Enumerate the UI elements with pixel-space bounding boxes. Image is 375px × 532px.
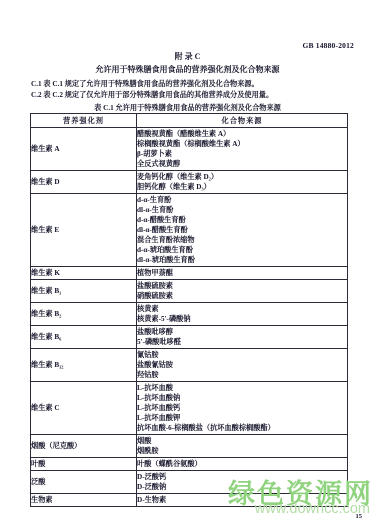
compound-line: 烟酸 bbox=[137, 436, 347, 446]
compound-line: 麦角钙化醇（维生素 D₂） bbox=[137, 172, 347, 182]
table-row: 维生素 K植物甲萘醌 bbox=[31, 267, 348, 280]
compound-line: 植物甲萘醌 bbox=[137, 268, 347, 278]
clause-c2: C.2 表 C.2 规定了仅允许用于部分特殊膳食用食品的其他营养成分及使用量。 bbox=[31, 90, 353, 101]
nutrient-cell: 维生素 B₁₂ bbox=[31, 349, 137, 382]
compound-line: 核黄素 bbox=[137, 304, 347, 314]
nutrient-cell: 维生素 B₂ bbox=[31, 303, 137, 326]
compounds-cell: 氰钴胺盐酸氰钴胺羟钴胺 bbox=[137, 349, 348, 382]
fortifier-table: 营养强化剂 化合物来源 维生素 A醋酸视黄酯（醋酸维生素 A）棕榈酸视黄酯（棕榈… bbox=[30, 113, 348, 507]
table-row: 维生素 B₁盐酸硫胺素硝酸硫胺素 bbox=[31, 280, 348, 303]
clause-paragraphs: C.1 表 C.1 规定了允许用于特殊膳食用食品的营养强化剂及化合物来源。 C.… bbox=[31, 79, 353, 101]
table-row: 维生素 A醋酸视黄酯（醋酸维生素 A）棕榈酸视黄酯（棕榈酸维生素 A）β-胡萝卜… bbox=[31, 128, 348, 171]
compound-line: dl-α-琥珀酸生育酚 bbox=[137, 255, 347, 265]
compound-line: 盐酸氰钴胺 bbox=[137, 360, 347, 370]
table-row: 叶酸叶酸（蝶酰谷氨酸） bbox=[31, 458, 348, 471]
compounds-cell: 醋酸视黄酯（醋酸维生素 A）棕榈酸视黄酯（棕榈酸维生素 A）β-胡萝卜素全反式视… bbox=[137, 128, 348, 171]
compound-line: 烟酰胺 bbox=[137, 446, 347, 456]
nutrient-cell: 维生素 C bbox=[31, 382, 137, 435]
clause-c1: C.1 表 C.1 规定了允许用于特殊膳食用食品的营养强化剂及化合物来源。 bbox=[31, 79, 353, 90]
compound-line: dl-α-生育酚 bbox=[137, 205, 347, 215]
nutrient-cell: 烟酸（尼克酸） bbox=[31, 435, 137, 458]
compound-line: 硝酸硫胺素 bbox=[137, 291, 347, 301]
nutrient-cell: 维生素 E bbox=[31, 194, 137, 267]
nutrient-cell: 维生素 B₁ bbox=[31, 280, 137, 303]
table-row: 维生素 D麦角钙化醇（维生素 D₂）胆钙化醇（维生素 D₃） bbox=[31, 171, 348, 194]
nutrient-cell: 维生素 K bbox=[31, 267, 137, 280]
compound-line: 棕榈酸视黄酯（棕榈酸维生素 A） bbox=[137, 139, 347, 149]
compounds-cell: 叶酸（蝶酰谷氨酸） bbox=[137, 458, 348, 471]
page-number: 15 bbox=[356, 513, 363, 520]
column-header-nutrient: 营养强化剂 bbox=[31, 114, 137, 128]
compounds-cell: 盐酸吡哆醇5'-磷酸吡哆醛 bbox=[137, 326, 348, 349]
compound-line: L-抗坏血酸 bbox=[137, 383, 347, 393]
compounds-cell: 烟酸烟酰胺 bbox=[137, 435, 348, 458]
compound-line: 核黄素-5'-磷酸钠 bbox=[137, 314, 347, 324]
compound-line: 羟钴胺 bbox=[137, 370, 347, 380]
compound-line: d-α-醋酸生育酚 bbox=[137, 215, 347, 225]
compound-line: L-抗坏血酸钙 bbox=[137, 403, 347, 413]
appendix-title: 允许用于特殊膳食用食品的营养强化剂及化合物来源 bbox=[0, 64, 375, 75]
compound-line: β-胡萝卜素 bbox=[137, 149, 347, 159]
standard-code: GB 14880-2012 bbox=[302, 41, 354, 50]
compound-line: 全反式视黄醇 bbox=[137, 159, 347, 169]
table-header-row: 营养强化剂 化合物来源 bbox=[31, 114, 348, 128]
compounds-cell: 核黄素核黄素-5'-磷酸钠 bbox=[137, 303, 348, 326]
compound-line: 混合生育酚浓缩物 bbox=[137, 235, 347, 245]
appendix-label: 附 录 C bbox=[0, 51, 375, 62]
column-header-compound: 化合物来源 bbox=[137, 114, 348, 128]
compound-line: 盐酸硫胺素 bbox=[137, 281, 347, 291]
compound-line: 抗坏血酸-6-棕榈酸盐（抗坏血酸棕榈酸酯） bbox=[137, 423, 347, 433]
document-page: GB 14880-2012 附 录 C 允许用于特殊膳食用食品的营养强化剂及化合… bbox=[0, 0, 375, 532]
compound-line: dl-α-醋酸生育酚 bbox=[137, 225, 347, 235]
nutrient-cell: 叶酸 bbox=[31, 458, 137, 471]
compounds-cell: L-抗坏血酸L-抗坏血酸钠L-抗坏血酸钙L-抗坏血酸钾抗坏血酸-6-棕榈酸盐（抗… bbox=[137, 382, 348, 435]
nutrient-cell: 维生素 D bbox=[31, 171, 137, 194]
compounds-cell: 植物甲萘醌 bbox=[137, 267, 348, 280]
compound-line: 叶酸（蝶酰谷氨酸） bbox=[137, 459, 347, 469]
table-row: 维生素 CL-抗坏血酸L-抗坏血酸钠L-抗坏血酸钙L-抗坏血酸钾抗坏血酸-6-棕… bbox=[31, 382, 348, 435]
nutrient-cell: 生物素 bbox=[31, 494, 137, 507]
table-row: 维生素 B₁₂氰钴胺盐酸氰钴胺羟钴胺 bbox=[31, 349, 348, 382]
compound-line: 盐酸吡哆醇 bbox=[137, 327, 347, 337]
table-row: 维生素 Ed-α-生育酚dl-α-生育酚d-α-醋酸生育酚dl-α-醋酸生育酚混… bbox=[31, 194, 348, 267]
compound-line: 胆钙化醇（维生素 D₃） bbox=[137, 182, 347, 192]
nutrient-cell: 维生素 A bbox=[31, 128, 137, 171]
table-title: 表 C.1 允许用于特殊膳食用食品的营养强化剂及化合物来源 bbox=[0, 103, 375, 113]
compound-line: L-抗坏血酸钠 bbox=[137, 393, 347, 403]
compound-line: d-α-琥珀酸生育酚 bbox=[137, 245, 347, 255]
compounds-cell: 麦角钙化醇（维生素 D₂）胆钙化醇（维生素 D₃） bbox=[137, 171, 348, 194]
table-row: 维生素 B₆盐酸吡哆醇5'-磷酸吡哆醛 bbox=[31, 326, 348, 349]
compound-line: 醋酸视黄酯（醋酸维生素 A） bbox=[137, 129, 347, 139]
table-row: 维生素 B₂核黄素核黄素-5'-磷酸钠 bbox=[31, 303, 348, 326]
compounds-cell: 盐酸硫胺素硝酸硫胺素 bbox=[137, 280, 348, 303]
nutrient-cell: 维生素 B₆ bbox=[31, 326, 137, 349]
table-row: 烟酸（尼克酸）烟酸烟酰胺 bbox=[31, 435, 348, 458]
compound-line: 5'-磷酸吡哆醛 bbox=[137, 337, 347, 347]
nutrient-cell: 泛酸 bbox=[31, 471, 137, 494]
compound-line: 氰钴胺 bbox=[137, 350, 347, 360]
compounds-cell: d-α-生育酚dl-α-生育酚d-α-醋酸生育酚dl-α-醋酸生育酚混合生育酚浓… bbox=[137, 194, 348, 267]
compound-line: d-α-生育酚 bbox=[137, 195, 347, 205]
compound-line: L-抗坏血酸钾 bbox=[137, 413, 347, 423]
watermark-site-url: www.downcc.com bbox=[255, 501, 370, 517]
